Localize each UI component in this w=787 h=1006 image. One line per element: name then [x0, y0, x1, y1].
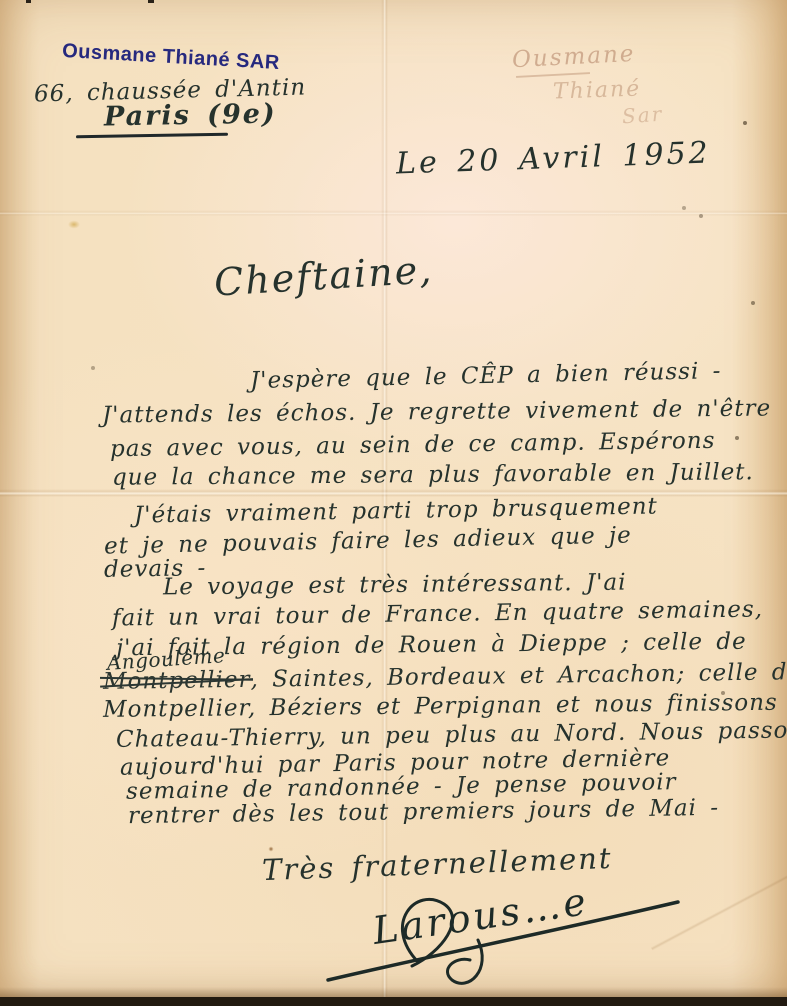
paper-edge-mark [26, 0, 31, 3]
body-line-1: J'espère que le CÊP a bien réussi - [250, 358, 722, 394]
line-remainder: , Saintes, Bordeaux et Arcachon; celle d… [250, 659, 787, 693]
letter-sheet: Ousmane Thiané SAR 66, chaussée d'Antin … [0, 0, 787, 1006]
pencil-note-line2: Thiané [553, 76, 642, 104]
letterhead-stamp: Ousmane Thiané SAR [62, 40, 281, 75]
signature: Larous…e [320, 882, 700, 997]
body-line-12: Montpellier, Béziers et Perpignan et nou… [103, 689, 787, 723]
city-underline-stroke [76, 133, 228, 139]
pencil-note-line1: Ousmane [511, 41, 636, 73]
salutation: Cheftaine, [213, 247, 435, 304]
body-line-8: Le voyage est très intéressant. J'ai [163, 570, 627, 601]
body-line-3: pas avec vous, au sein de ce camp. Espér… [110, 428, 716, 462]
body-line-2: J'attends les échos. Je regrette vivemen… [102, 395, 771, 428]
pencil-underline [516, 72, 590, 78]
struck-word: Montpellier [103, 667, 251, 695]
horizontal-fold-crease-upper [0, 210, 787, 216]
paper-edge-mark [148, 0, 154, 3]
body-line-13: Chateau-Thierry, un peu plus au Nord. No… [116, 717, 787, 753]
ink-spot [268, 846, 274, 852]
letterhead-city: Paris (9e) [104, 98, 277, 132]
body-line-4: que la chance me sera plus favorable en … [112, 459, 754, 491]
paper-stain [66, 219, 82, 230]
date-line: Le 20 Avril 1952 [395, 136, 711, 182]
body-line-9: fait un vrai tour de France. En quatre s… [112, 596, 763, 631]
closing-phrase: Très fraternellement [262, 841, 614, 887]
scanner-edge-strip [0, 997, 787, 1006]
body-line-11-correction: AngoulêmeMontpellier, Saintes, Bordeaux … [103, 659, 787, 695]
paper-specks [0, 0, 2, 2]
body-line-6: et je ne pouvais faire les adieux que je [104, 522, 632, 559]
pencil-note-line3: Sar [621, 102, 664, 129]
